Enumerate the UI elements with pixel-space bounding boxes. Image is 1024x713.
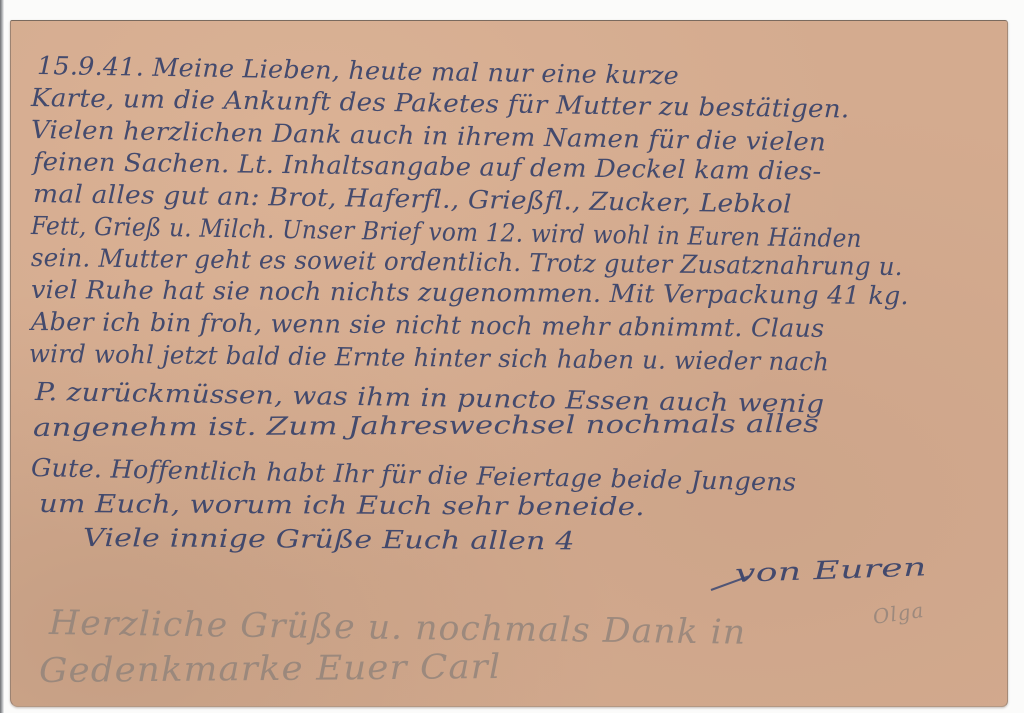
letter-line-15-closing: Viele innige Grüße Euch allen 4: [83, 523, 575, 555]
pencil-note-line-1: Herzliche Grüße u. nochmals Dank in: [49, 603, 747, 653]
letter-line-12: angenehm ist. Zum Jahreswechsel nochmals…: [33, 409, 819, 442]
letter-line-14: um Euch, worum ich Euch sehr beneide.: [39, 489, 645, 521]
letter-line-10: wird wohl jetzt bald die Ernte hinter si…: [29, 339, 829, 376]
postcard: 15.9.41. Meine Lieben, heute mal nur ein…: [10, 20, 1008, 707]
letter-line-8: viel Ruhe hat sie noch nichts zugenommen…: [31, 275, 909, 310]
letter-line-16-signature: von Euren: [734, 552, 927, 588]
pencil-signature-olga: Olga: [871, 598, 925, 629]
pencil-note-line-2: Gedenkmarke Euer Carl: [39, 647, 502, 691]
letter-line-9: Aber ich bin froh, wenn sie nicht noch m…: [31, 307, 825, 343]
scanner-edge: [0, 0, 4, 713]
